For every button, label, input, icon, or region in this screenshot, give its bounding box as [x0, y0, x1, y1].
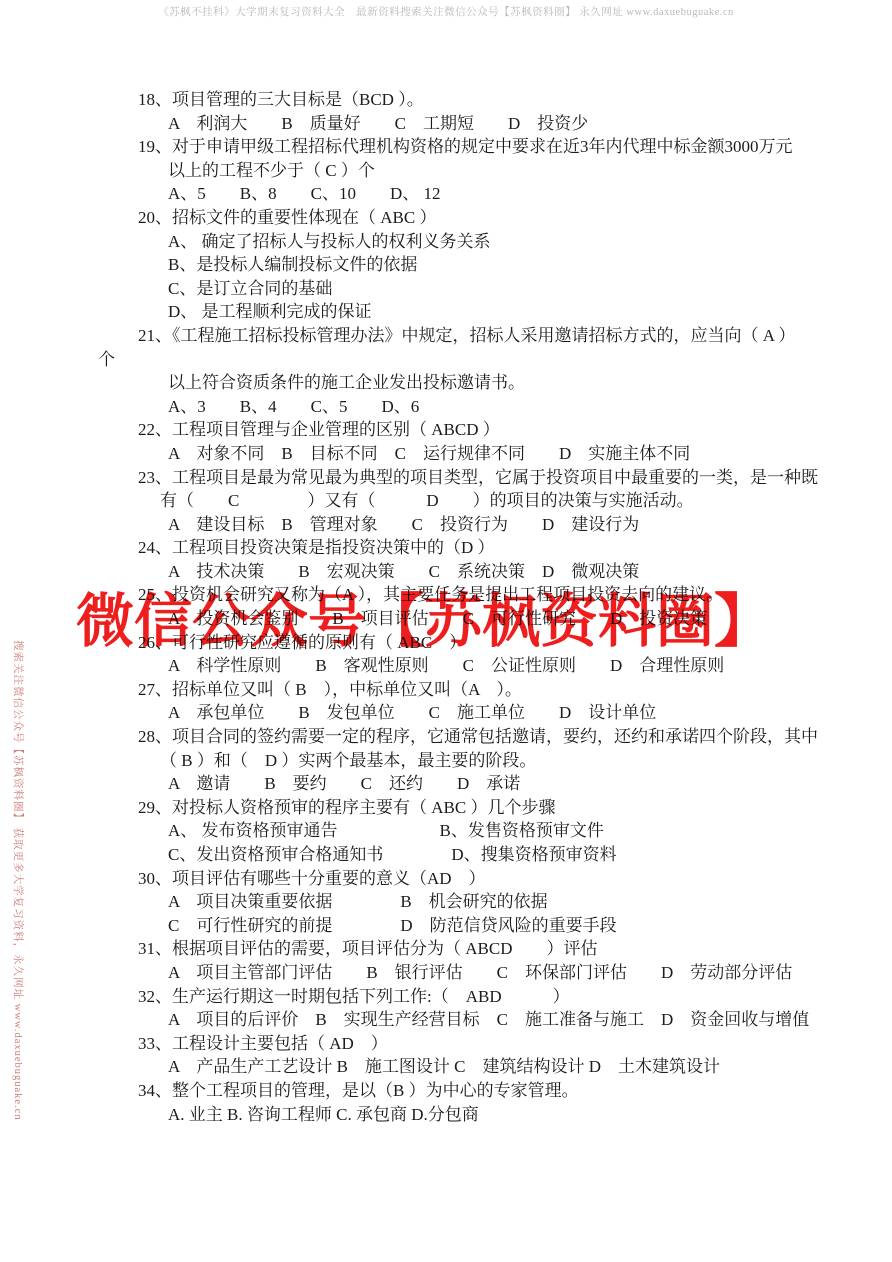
option-line: A、 确定了招标人与投标人的权利义务关系: [168, 230, 838, 254]
option-line: A 承包单位 B 发包单位 C 施工单位 D 设计单位: [168, 701, 838, 725]
option-line: A 项目的后评价 B 实现生产经营目标 C 施工准备与施工 D 资金回收与增值: [168, 1008, 838, 1032]
option-line: C 可行性研究的前提 D 防范信贷风险的重要手段: [168, 914, 838, 938]
question-line: 22、工程项目管理与企业管理的区别（ ABCD ）: [138, 418, 838, 442]
option-line: 以上符合资质条件的施工企业发出投标邀请书。: [168, 371, 838, 395]
option-line: B、是投标人编制投标文件的依据: [168, 253, 838, 277]
question-line: 28、项目合同的签约需要一定的程序，它通常包括邀请，要约，还约和承诺四个阶段，其…: [138, 725, 838, 749]
option-line: 以上的工程不少于（ C ）个: [168, 159, 838, 183]
question-line: 32、生产运行期这一时期包括下列工作:（ ABD ）: [138, 985, 838, 1009]
continuation-line: （ B ）和（ D ）实两个最基本，最主要的阶段。: [160, 749, 838, 773]
question-line: 33、工程设计主要包括（ AD ）: [138, 1032, 838, 1056]
question-line: 23、工程项目是最为常见最为典型的项目类型，它属于投资项目中最重要的一类，是一种…: [138, 466, 838, 490]
option-line: A 邀请 B 要约 C 还约 D 承诺: [168, 772, 838, 796]
option-line: A、 发布资格预审通告 B、发售资格预审文件: [168, 819, 838, 843]
option-line: A 项目主管部门评估 B 银行评估 C 环保部门评估 D 劳动部分评估: [168, 961, 838, 985]
side-watermark-text: 搜索关注微信公众号【苏枫资料圈】 获取更多大学复习资料，永久网址 www.dax…: [11, 640, 26, 1121]
question-line: 31、根据项目评估的需要，项目评估分为（ ABCD ）评估: [138, 937, 838, 961]
continuation-line: 有（ C ）又有（ D ）的项目的决策与实施活动。: [160, 489, 838, 513]
question-line: 27、招标单位又叫（ B ），中标单位又叫（A ）。: [138, 678, 838, 702]
outdent-line: 个: [98, 348, 838, 372]
question-line: 30、项目评估有哪些十分重要的意义（AD ）: [138, 867, 838, 891]
option-line: D、 是工程顺利完成的保证: [168, 300, 838, 324]
option-line: A 产品生产工艺设计 B 施工图设计 C 建筑结构设计 D 土木建筑设计: [168, 1055, 838, 1079]
page-header-text: 《苏枫不挂科》大学期末复习资料大全 最新资料搜索关注微信公众号【苏枫资料圈】 永…: [0, 4, 892, 19]
option-line: A、5 B、8 C、10 D、 12: [168, 182, 838, 206]
question-line: 34、整个工程项目的管理，是以（B ）为中心的专家管理。: [138, 1079, 838, 1103]
option-line: C、是订立合同的基础: [168, 277, 838, 301]
question-line: 20、招标文件的重要性体现在（ ABC ）: [138, 206, 838, 230]
option-line: A 技术决策 B 宏观决策 C 系统决策 D 微观决策: [168, 560, 838, 584]
question-line: 18、项目管理的三大目标是（BCD ）。: [138, 88, 838, 112]
option-line: A. 业主 B. 咨询工程师 C. 承包商 D.分包商: [168, 1103, 838, 1127]
wechat-watermark-text: 微信公众号【苏枫资料圈】: [76, 588, 772, 656]
option-line: A 利润大 B 质量好 C 工期短 D 投资少: [168, 112, 838, 136]
option-line: C、发出资格预审合格通知书 D、搜集资格预审资料: [168, 843, 838, 867]
option-line: A 科学性原则 B 客观性原则 C 公证性原则 D 合理性原则: [168, 654, 838, 678]
question-line: 29、对投标人资格预审的程序主要有（ ABC ）几个步骤: [138, 796, 838, 820]
question-line: 24、工程项目投资决策是指投资决策中的（D ）: [138, 536, 838, 560]
question-line: 21、《工程施工招标投标管理办法》中规定，招标人采用邀请招标方式的，应当向（ A…: [138, 324, 838, 348]
option-line: A、3 B、4 C、5 D、6: [168, 395, 838, 419]
option-line: A 建设目标 B 管理对象 C 投资行为 D 建设行为: [168, 513, 838, 537]
question-line: 19、对于申请甲级工程招标代理机构资格的规定中要求在近3年内代理中标金额3000…: [138, 135, 838, 159]
option-line: A 项目决策重要依据 B 机会研究的依据: [168, 890, 838, 914]
document-page: 《苏枫不挂科》大学期末复习资料大全 最新资料搜索关注微信公众号【苏枫资料圈】 永…: [0, 0, 892, 1262]
option-line: A 对象不同 B 目标不同 C 运行规律不同 D 实施主体不同: [168, 442, 838, 466]
